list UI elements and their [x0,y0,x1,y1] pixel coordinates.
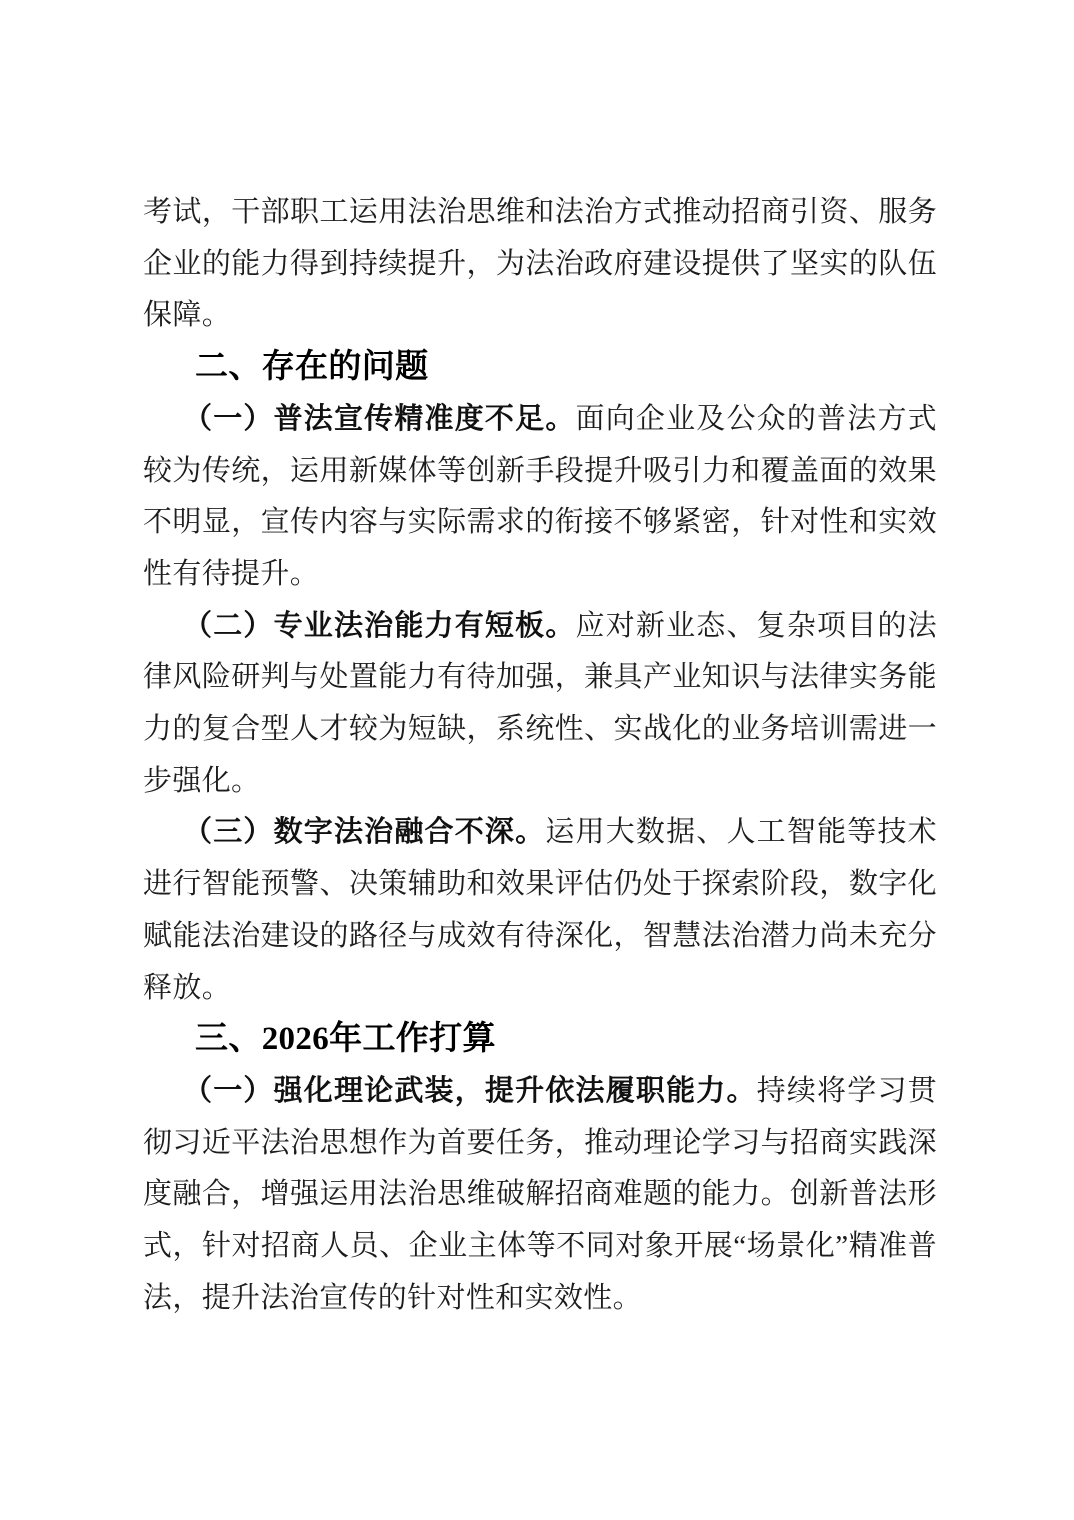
paragraph-lead: （一）普法宣传精准度不足。 [183,403,576,435]
section-heading-problems: 二、存在的问题 [143,342,937,394]
paragraph: （二）专业法治能力有短板。应对新业态、复杂项目的法律风险研判与处置能力有待加强，… [143,601,937,808]
paragraph: （一）强化理论武装，提升依法履职能力。持续将学习贯彻习近平法治思想作为首要任务，… [143,1066,937,1325]
paragraph: （一）普法宣传精准度不足。面向企业及公众的普法方式较为传统，运用新媒体等创新手段… [143,394,937,601]
document-page: 考试，干部职工运用法治思维和法治方式推动招商引资、服务企业的能力得到持续提升，为… [0,0,1074,1520]
paragraph-lead: （三）数字法治融合不深。 [183,816,545,848]
document-body: 考试，干部职工运用法治思维和法治方式推动招商引资、服务企业的能力得到持续提升，为… [143,187,937,1324]
paragraph-lead: （一）强化理论武装，提升依法履职能力。 [183,1075,757,1107]
section-heading-2026-plan: 三、2026年工作打算 [143,1014,937,1066]
paragraph-text: 持续将学习贯彻习近平法治思想作为首要任务，推动理论学习与招商实践深度融合，增强运… [143,1075,937,1314]
paragraph-lead: （二）专业法治能力有短板。 [183,610,576,642]
paragraph: （三）数字法治融合不深。运用大数据、人工智能等技术进行智能预警、决策辅助和效果评… [143,807,937,1014]
paragraph-continuation: 考试，干部职工运用法治思维和法治方式推动招商引资、服务企业的能力得到持续提升，为… [143,187,937,342]
